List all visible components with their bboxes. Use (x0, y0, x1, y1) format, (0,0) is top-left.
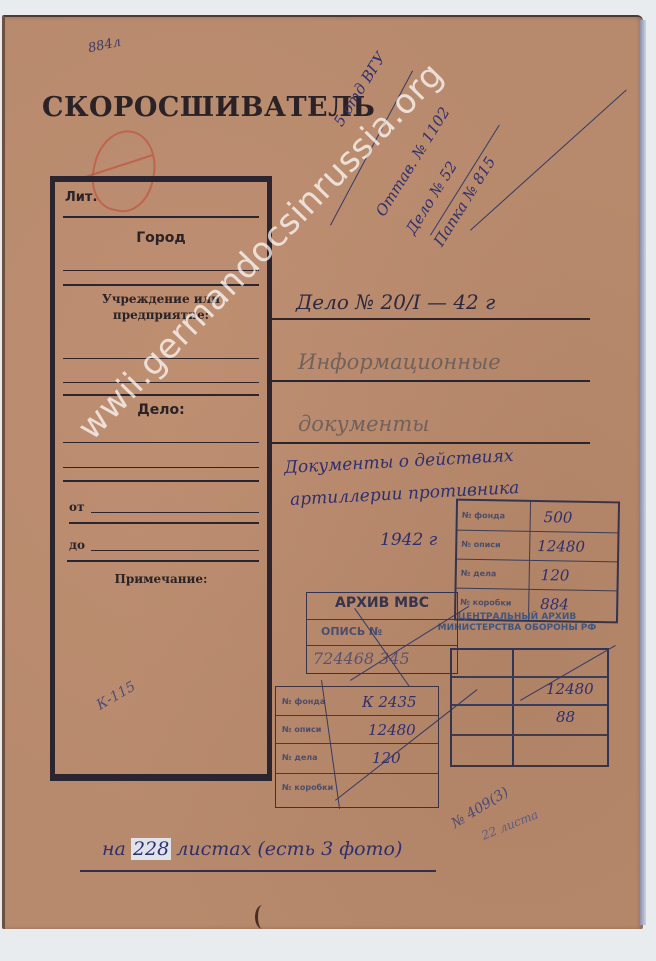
sheets-prefix: на (102, 838, 126, 860)
to-label: до (69, 538, 85, 552)
document-title: СКОРОСШИВАТЕЛЬ (42, 92, 375, 123)
sheets-suffix: листах (есть 3 фото) (176, 838, 402, 860)
grid-stamp: 12480 88 (450, 648, 609, 767)
sheets-count: 228 (131, 838, 171, 860)
stamp-label: № описи (461, 540, 501, 550)
case-line-2 (63, 467, 259, 468)
stamp-label: № фонда (282, 697, 325, 706)
stamp-row-divider (452, 734, 607, 736)
city-label: Город (55, 230, 267, 246)
stamp-value: 12480 (537, 537, 585, 556)
from-underline (69, 522, 259, 524)
to-underline (67, 560, 259, 562)
stamp-row-divider (458, 530, 618, 534)
stamp-row-divider (452, 704, 607, 706)
fond-stamp: № фонда К 2435 № описи 12480 № дела 120 … (275, 686, 439, 808)
note-scribble: К-115 (94, 678, 139, 713)
stamp-label: № дела (282, 753, 318, 762)
subject-line-1 (272, 380, 590, 382)
sheets-underline (80, 870, 436, 872)
stamp-value: 120 (541, 566, 570, 584)
note-label: Примечание: (55, 572, 267, 586)
lit-line (63, 216, 259, 218)
archive-mvs-header: АРХИВ МВС (335, 595, 429, 611)
stamp-label: № фонда (462, 511, 505, 521)
paper-tear (255, 905, 270, 929)
stamp-row-divider (307, 619, 457, 620)
institution-label-2: предприятие: (55, 308, 267, 322)
stamp-value: К 2435 (362, 693, 417, 711)
stamp-row-divider (276, 773, 438, 774)
form-bottom-rule (50, 776, 272, 781)
stamp-row-divider (276, 715, 438, 716)
subject-line-2-text: документы (298, 412, 429, 436)
stamp-label: № коробки (282, 783, 333, 792)
stamp-value: 884 (540, 595, 569, 613)
stamp-value: 12480 (546, 680, 594, 698)
stamp-value: 88 (556, 708, 575, 726)
subject-line-1-text: Информационные (298, 350, 501, 374)
lit-label: Лит. (65, 190, 97, 205)
stamp-row-divider (452, 676, 607, 678)
from-label: от (69, 500, 84, 514)
stamp-label: № дела (461, 569, 497, 579)
stamp-row-divider (276, 743, 438, 744)
central-archive-stamp: № фонда 500 № описи 12480 № дела 120 № к… (454, 499, 620, 624)
year-text: 1942 г (380, 530, 437, 550)
subject-line-2 (272, 442, 590, 444)
sheets-line: на 228 листах (есть 3 фото) (102, 838, 402, 860)
case-number-line (272, 318, 590, 320)
archive-mvs-stamp: АРХИВ МВС ОПИСЬ № 724468 345 (306, 592, 458, 674)
case-number: Дело № 20/I — 42 г (296, 290, 495, 314)
from-line (91, 512, 259, 513)
case-line-3 (63, 480, 259, 482)
to-line (91, 550, 259, 551)
stamp-row-divider (457, 559, 617, 563)
stamp-value: 12480 (368, 721, 416, 739)
stamp-divider (512, 650, 514, 765)
stamp-row-divider (457, 588, 617, 592)
stamp-label: № описи (282, 725, 321, 734)
stamp-value: 500 (544, 508, 573, 526)
folder-edge (640, 20, 646, 925)
